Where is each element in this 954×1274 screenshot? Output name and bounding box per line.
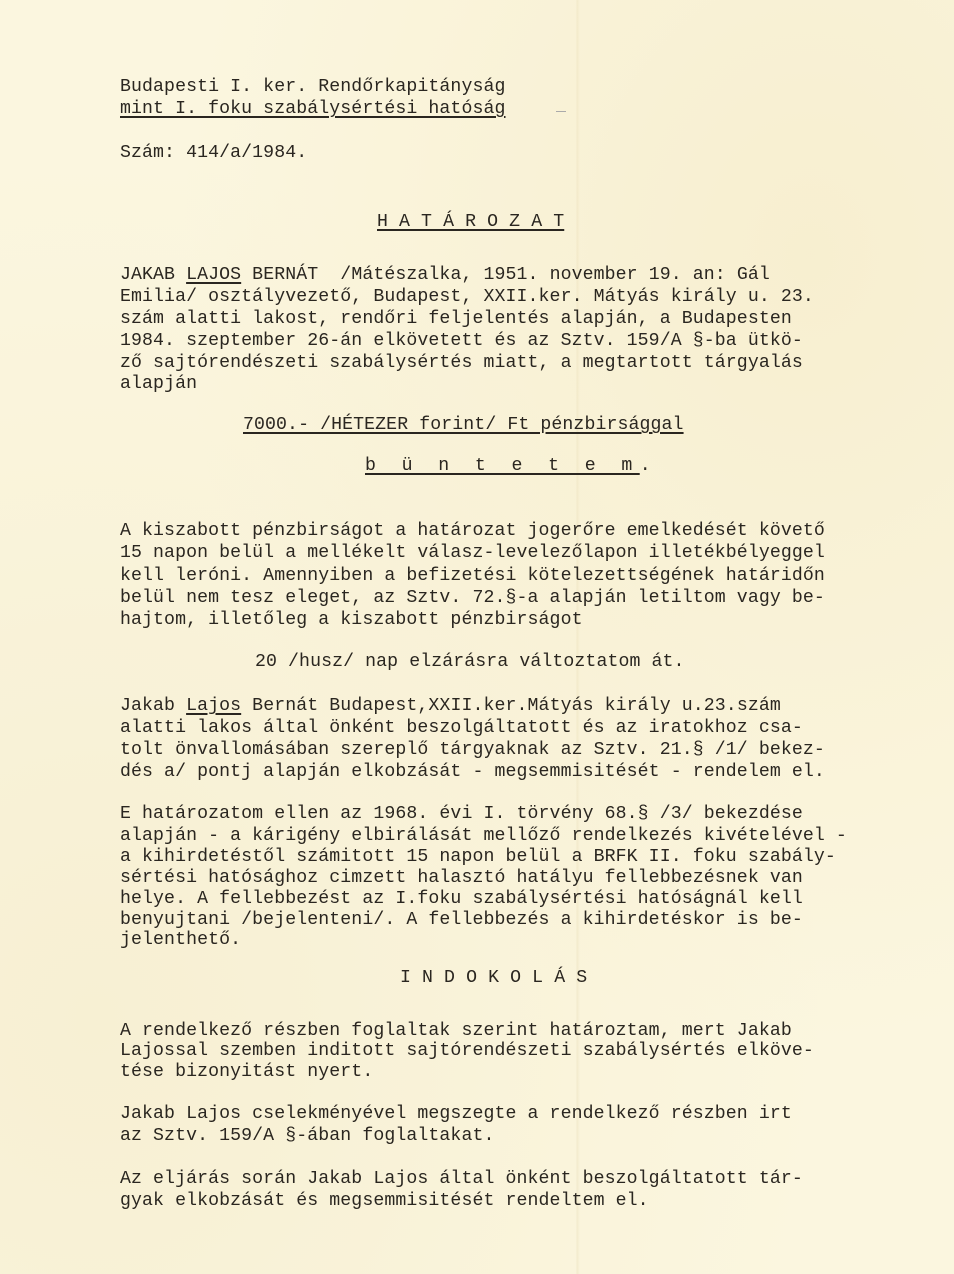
appeal-line-7: jelenthető. <box>120 930 241 951</box>
authority-line-2: mint I. foku szabálysértési hatóság <box>120 99 506 120</box>
intro-line-4: 1984. szeptember 26-án elkövetett és az … <box>120 331 803 352</box>
defendant-first-name: LAJOS <box>186 265 241 285</box>
document-page: Budapesti I. ker. Rendőrkapitányság mint… <box>0 0 954 1274</box>
confiscation-line-4: dés a/ pontj alapján elkobzását - megsem… <box>120 762 825 783</box>
reasoning-title: I N D O K O L Á S <box>400 968 587 989</box>
intro-line-2: Emilia/ osztályvezető, Budapest, XXII.ke… <box>120 287 814 308</box>
confiscation-line-1-rest: Bernát Budapest,XXII.ker.Mátyás király u… <box>241 696 781 716</box>
appeal-line-5: helye. A fellebbezést az I.foku szabálys… <box>120 889 803 910</box>
reasoning-p3-line-1: Az eljárás során Jakab Lajos által önkén… <box>120 1169 803 1190</box>
document-title: H A T Á R O Z A T <box>377 212 564 233</box>
payment-line-3: kell leróni. Amennyiben a befizetési köt… <box>120 566 825 587</box>
reasoning-p1-line-2: Lajossal szemben inditott sajtórendészet… <box>120 1041 814 1062</box>
defendant-surname: JAKAB <box>120 265 186 285</box>
intro-line-1: JAKAB LAJOS BERNÁT /Mátészalka, 1951. no… <box>120 265 770 286</box>
confiscation-first-name: Lajos <box>186 696 241 716</box>
fine-amount: 7000.- /HÉTEZER forint/ Ft pénzbirsággal <box>243 415 684 436</box>
appeal-line-2: alapján - a kárigény elbirálását mellőző… <box>120 826 847 847</box>
case-number: Szám: 414/a/1984. <box>120 143 307 164</box>
reasoning-p3-line-2: gyak elkobzását és megsemmisitését rende… <box>120 1191 649 1212</box>
reasoning-p2-line-2: az Sztv. 159/A §-ában foglaltakat. <box>120 1126 495 1147</box>
appeal-line-3: a kihirdetéstől számitott 15 napon belül… <box>120 847 836 868</box>
reasoning-p2-line-1: Jakab Lajos cselekményével megszegte a r… <box>120 1104 792 1125</box>
verdict-word: b ü n t e t e m <box>365 456 640 476</box>
confiscation-line-2: alatti lakos által önként beszolgáltatot… <box>120 718 803 739</box>
appeal-line-1: E határozatom ellen az 1968. évi I. törv… <box>120 804 803 825</box>
stray-mark <box>556 111 566 112</box>
payment-line-1: A kiszabott pénzbirságot a határozat jog… <box>120 521 825 542</box>
reasoning-p1-line-3: tése bizonyitást nyert. <box>120 1062 373 1083</box>
confiscation-surname: Jakab <box>120 696 186 716</box>
payment-line-4: belül nem tesz eleget, az Sztv. 72.§-a a… <box>120 588 825 609</box>
intro-line-3: szám alatti lakost, rendőri feljelentés … <box>120 309 792 330</box>
detention-line: 20 /husz/ nap elzárásra változtatom át. <box>255 652 685 673</box>
payment-line-5: hajtom, illetőleg a kiszabott pénzbirság… <box>120 610 583 631</box>
verdict-period: . <box>640 456 651 476</box>
confiscation-line-3: tolt önvallomásában szereplő tárgyaknak … <box>120 740 825 761</box>
appeal-line-4: sértési hatósághoz cimzett halasztó hatá… <box>120 868 803 889</box>
authority-line-1: Budapesti I. ker. Rendőrkapitányság <box>120 77 506 98</box>
intro-line-1-rest: BERNÁT /Mátészalka, 1951. november 19. a… <box>241 265 770 285</box>
intro-line-6: alapján <box>120 374 197 395</box>
payment-line-2: 15 napon belül a mellékelt válasz-levele… <box>120 543 825 564</box>
intro-line-5: ző sajtórendészeti szabálysértés miatt, … <box>120 353 803 374</box>
confiscation-line-1: Jakab Lajos Bernát Budapest,XXII.ker.Mát… <box>120 696 781 717</box>
appeal-line-6: benyujtani /bejelenteni/. A fellebbezés … <box>120 910 803 931</box>
verdict: b ü n t e t e m. <box>365 456 651 477</box>
reasoning-p1-line-1: A rendelkező részben foglaltak szerint h… <box>120 1021 792 1042</box>
